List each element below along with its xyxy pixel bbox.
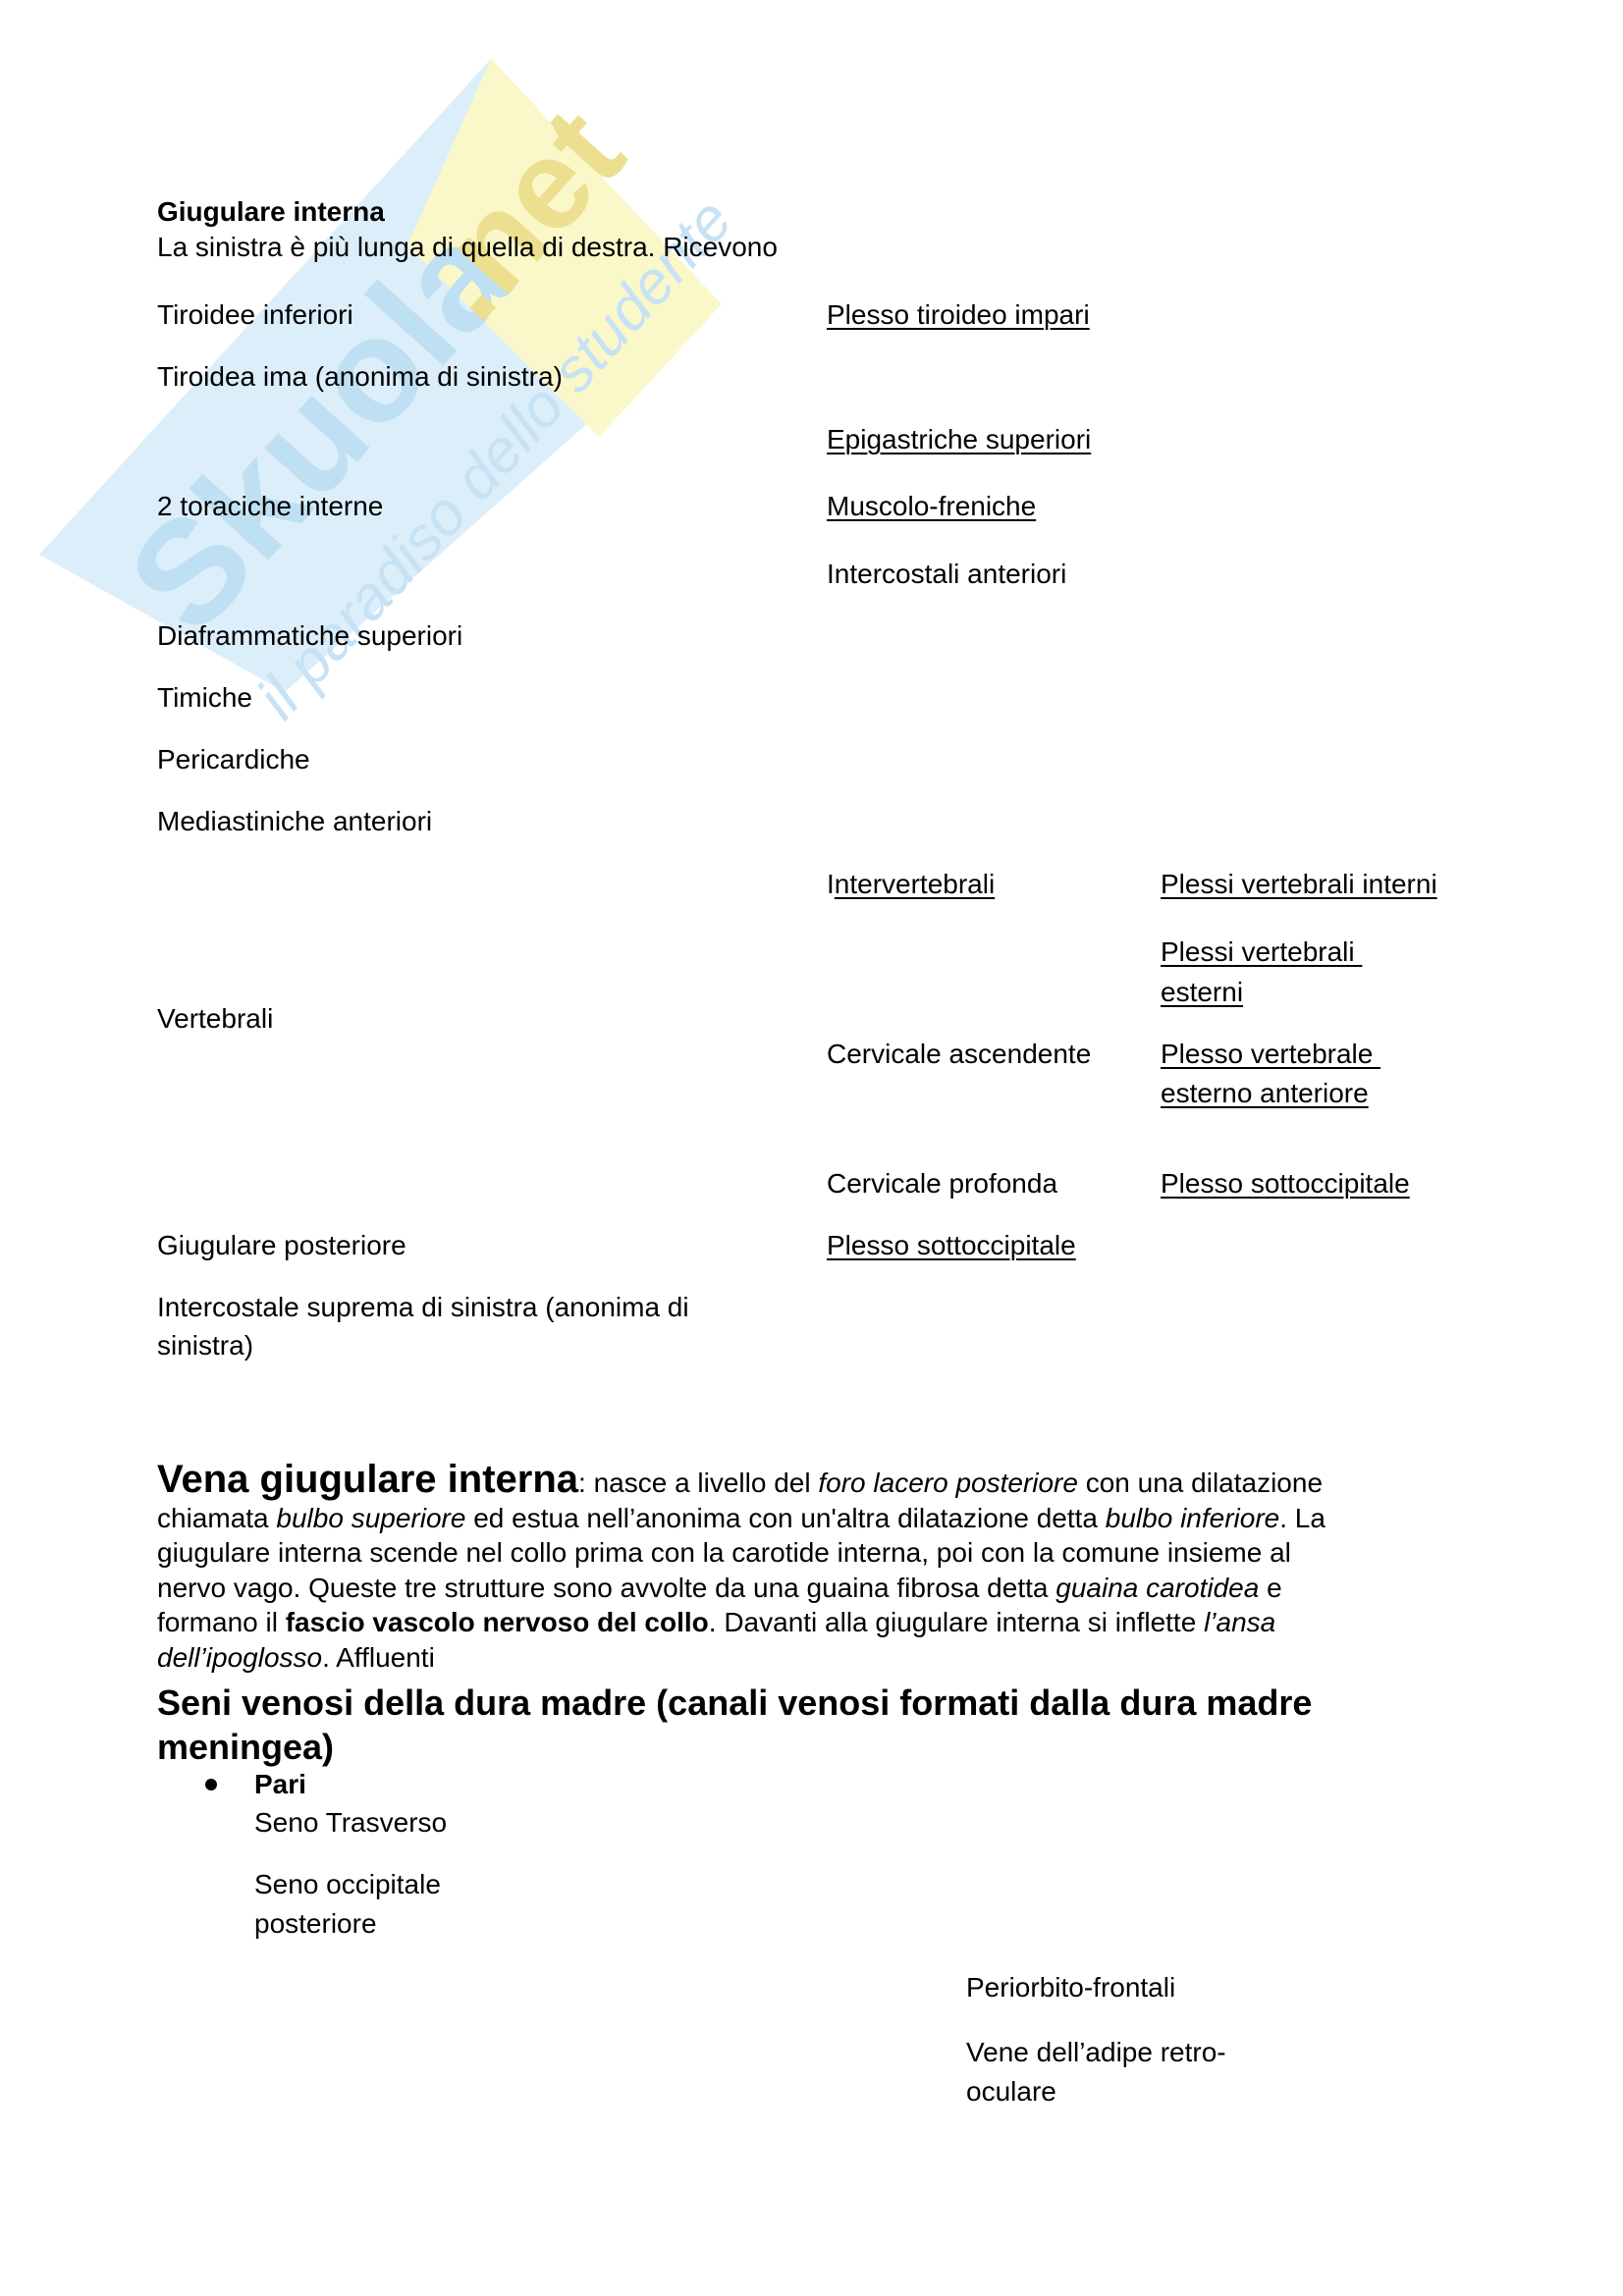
vena-giugulare-paragraph: Vena giugulare interna: nasce a livello …: [157, 1463, 1463, 1676]
text-run: nervo vago. Queste tre strutture sono av…: [157, 1573, 1055, 1603]
intervertebrali-rest: ntervertebrali: [835, 869, 995, 899]
link-muscolo-freniche[interactable]: Muscolo-freniche: [827, 487, 1036, 526]
text-run: bulbo inferiore: [1106, 1503, 1279, 1533]
text-run: formano il: [157, 1607, 286, 1637]
paragraph-line: formano il fascio vascolo nervoso del co…: [157, 1605, 1463, 1640]
section-title: Giugulare interna: [157, 192, 385, 232]
list-item: 2 toraciche interne: [157, 487, 383, 526]
text-run: e: [1259, 1573, 1281, 1603]
text-run: giugulare interna scende nel collo prima…: [157, 1537, 1291, 1568]
list-item: Tiroidee inferiori: [157, 295, 353, 335]
list-item: Tiroidea ima (anonima di sinistra): [157, 357, 563, 397]
text-run: dell’ipoglosso: [157, 1642, 322, 1673]
link-plesso-tiroideo[interactable]: Plesso tiroideo impari: [827, 295, 1090, 335]
link-epigastriche[interactable]: Epigastriche superiori: [827, 420, 1091, 459]
text-run: l’ansa: [1204, 1607, 1275, 1637]
watermark-logo: Skuola .net il paradiso dello studente: [0, 0, 1623, 2296]
text-run: ed estua nell’anonima con un'altra dilat…: [465, 1503, 1105, 1533]
list-item: Intercostali anteriori: [827, 555, 1066, 594]
list-item: Periorbito-frontali: [966, 1968, 1175, 2007]
paragraph-line: chiamata bulbo superiore ed estua nell’a…: [157, 1501, 1463, 1536]
intro-text: La sinistra è più lunga di quella di des…: [157, 228, 778, 267]
text-run: . Davanti alla giugulare interna si infl…: [709, 1607, 1204, 1637]
seni-venosi-heading: Seni venosi della dura madre (canali ven…: [157, 1681, 1312, 1769]
list-item: Cervicale profonda: [827, 1164, 1057, 1203]
paragraph-line: Vena giugulare interna: nasce a livello …: [157, 1463, 1463, 1501]
link-intervertebrali[interactable]: Intervertebrali: [827, 865, 995, 904]
list-item-continued: oculare: [966, 2072, 1056, 2111]
link-plessi-esterni-line1[interactable]: Plessi vertebrali: [1161, 933, 1362, 972]
list-item: Timiche: [157, 678, 252, 718]
heading-line: meningea): [157, 1725, 1312, 1769]
list-item: Pericardiche: [157, 740, 310, 779]
vena-giugulare-title: Vena giugulare interna: [157, 1458, 578, 1501]
list-item: Seno Trasverso: [254, 1803, 447, 1842]
list-item: Mediastiniche anteriori: [157, 802, 432, 841]
text-run: chiamata: [157, 1503, 276, 1533]
paragraph-line: dell’ipoglosso. Affluenti: [157, 1640, 1463, 1676]
paragraph-line: giugulare interna scende nel collo prima…: [157, 1535, 1463, 1571]
text-run: guaina carotidea: [1055, 1573, 1259, 1603]
link-plesso-sottoccipitale[interactable]: Plesso sottoccipitale: [1161, 1164, 1410, 1203]
text-run: bulbo superiore: [276, 1503, 465, 1533]
list-item: Cervicale ascendente: [827, 1035, 1091, 1074]
link-plessi-esterni-line2[interactable]: esterni: [1161, 973, 1243, 1012]
text-run: fascio vascolo nervoso del collo: [286, 1607, 709, 1637]
heading-line: Seni venosi della dura madre (canali ven…: [157, 1681, 1312, 1725]
list-item: Intercostale suprema di sinistra (anonim…: [157, 1288, 689, 1327]
intervertebrali-initial: I: [827, 869, 835, 899]
list-item: Giugulare posteriore: [157, 1226, 406, 1265]
text-run: . Affluenti: [322, 1642, 435, 1673]
svg-text:.net: .net: [392, 81, 650, 346]
link-plesso-sottoccipitale[interactable]: Plesso sottoccipitale: [827, 1226, 1076, 1265]
bullet-label: Pari: [254, 1765, 306, 1804]
list-item: Diaframmatiche superiori: [157, 616, 462, 656]
list-item: Seno occipitale: [254, 1865, 441, 1904]
list-item: Vertebrali: [157, 999, 273, 1039]
list-item: Vene dell’adipe retro-: [966, 2033, 1226, 2072]
text-run: foro lacero posteriore: [818, 1468, 1078, 1498]
list-item-continued: posteriore: [254, 1904, 377, 1944]
list-item-continued: sinistra): [157, 1326, 253, 1365]
link-plesso-esterno-anteriore-line2[interactable]: esterno anteriore: [1161, 1074, 1369, 1113]
link-plessi-interni[interactable]: Plessi vertebrali interni: [1161, 865, 1437, 904]
link-plesso-esterno-anteriore-line1[interactable]: Plesso vertebrale: [1161, 1035, 1380, 1074]
text-run: con una dilatazione: [1078, 1468, 1323, 1498]
paragraph-line: nervo vago. Queste tre strutture sono av…: [157, 1571, 1463, 1606]
bullet-icon: [205, 1779, 217, 1790]
text-run: . La: [1279, 1503, 1325, 1533]
text-run: : nasce a livello del: [578, 1468, 818, 1498]
